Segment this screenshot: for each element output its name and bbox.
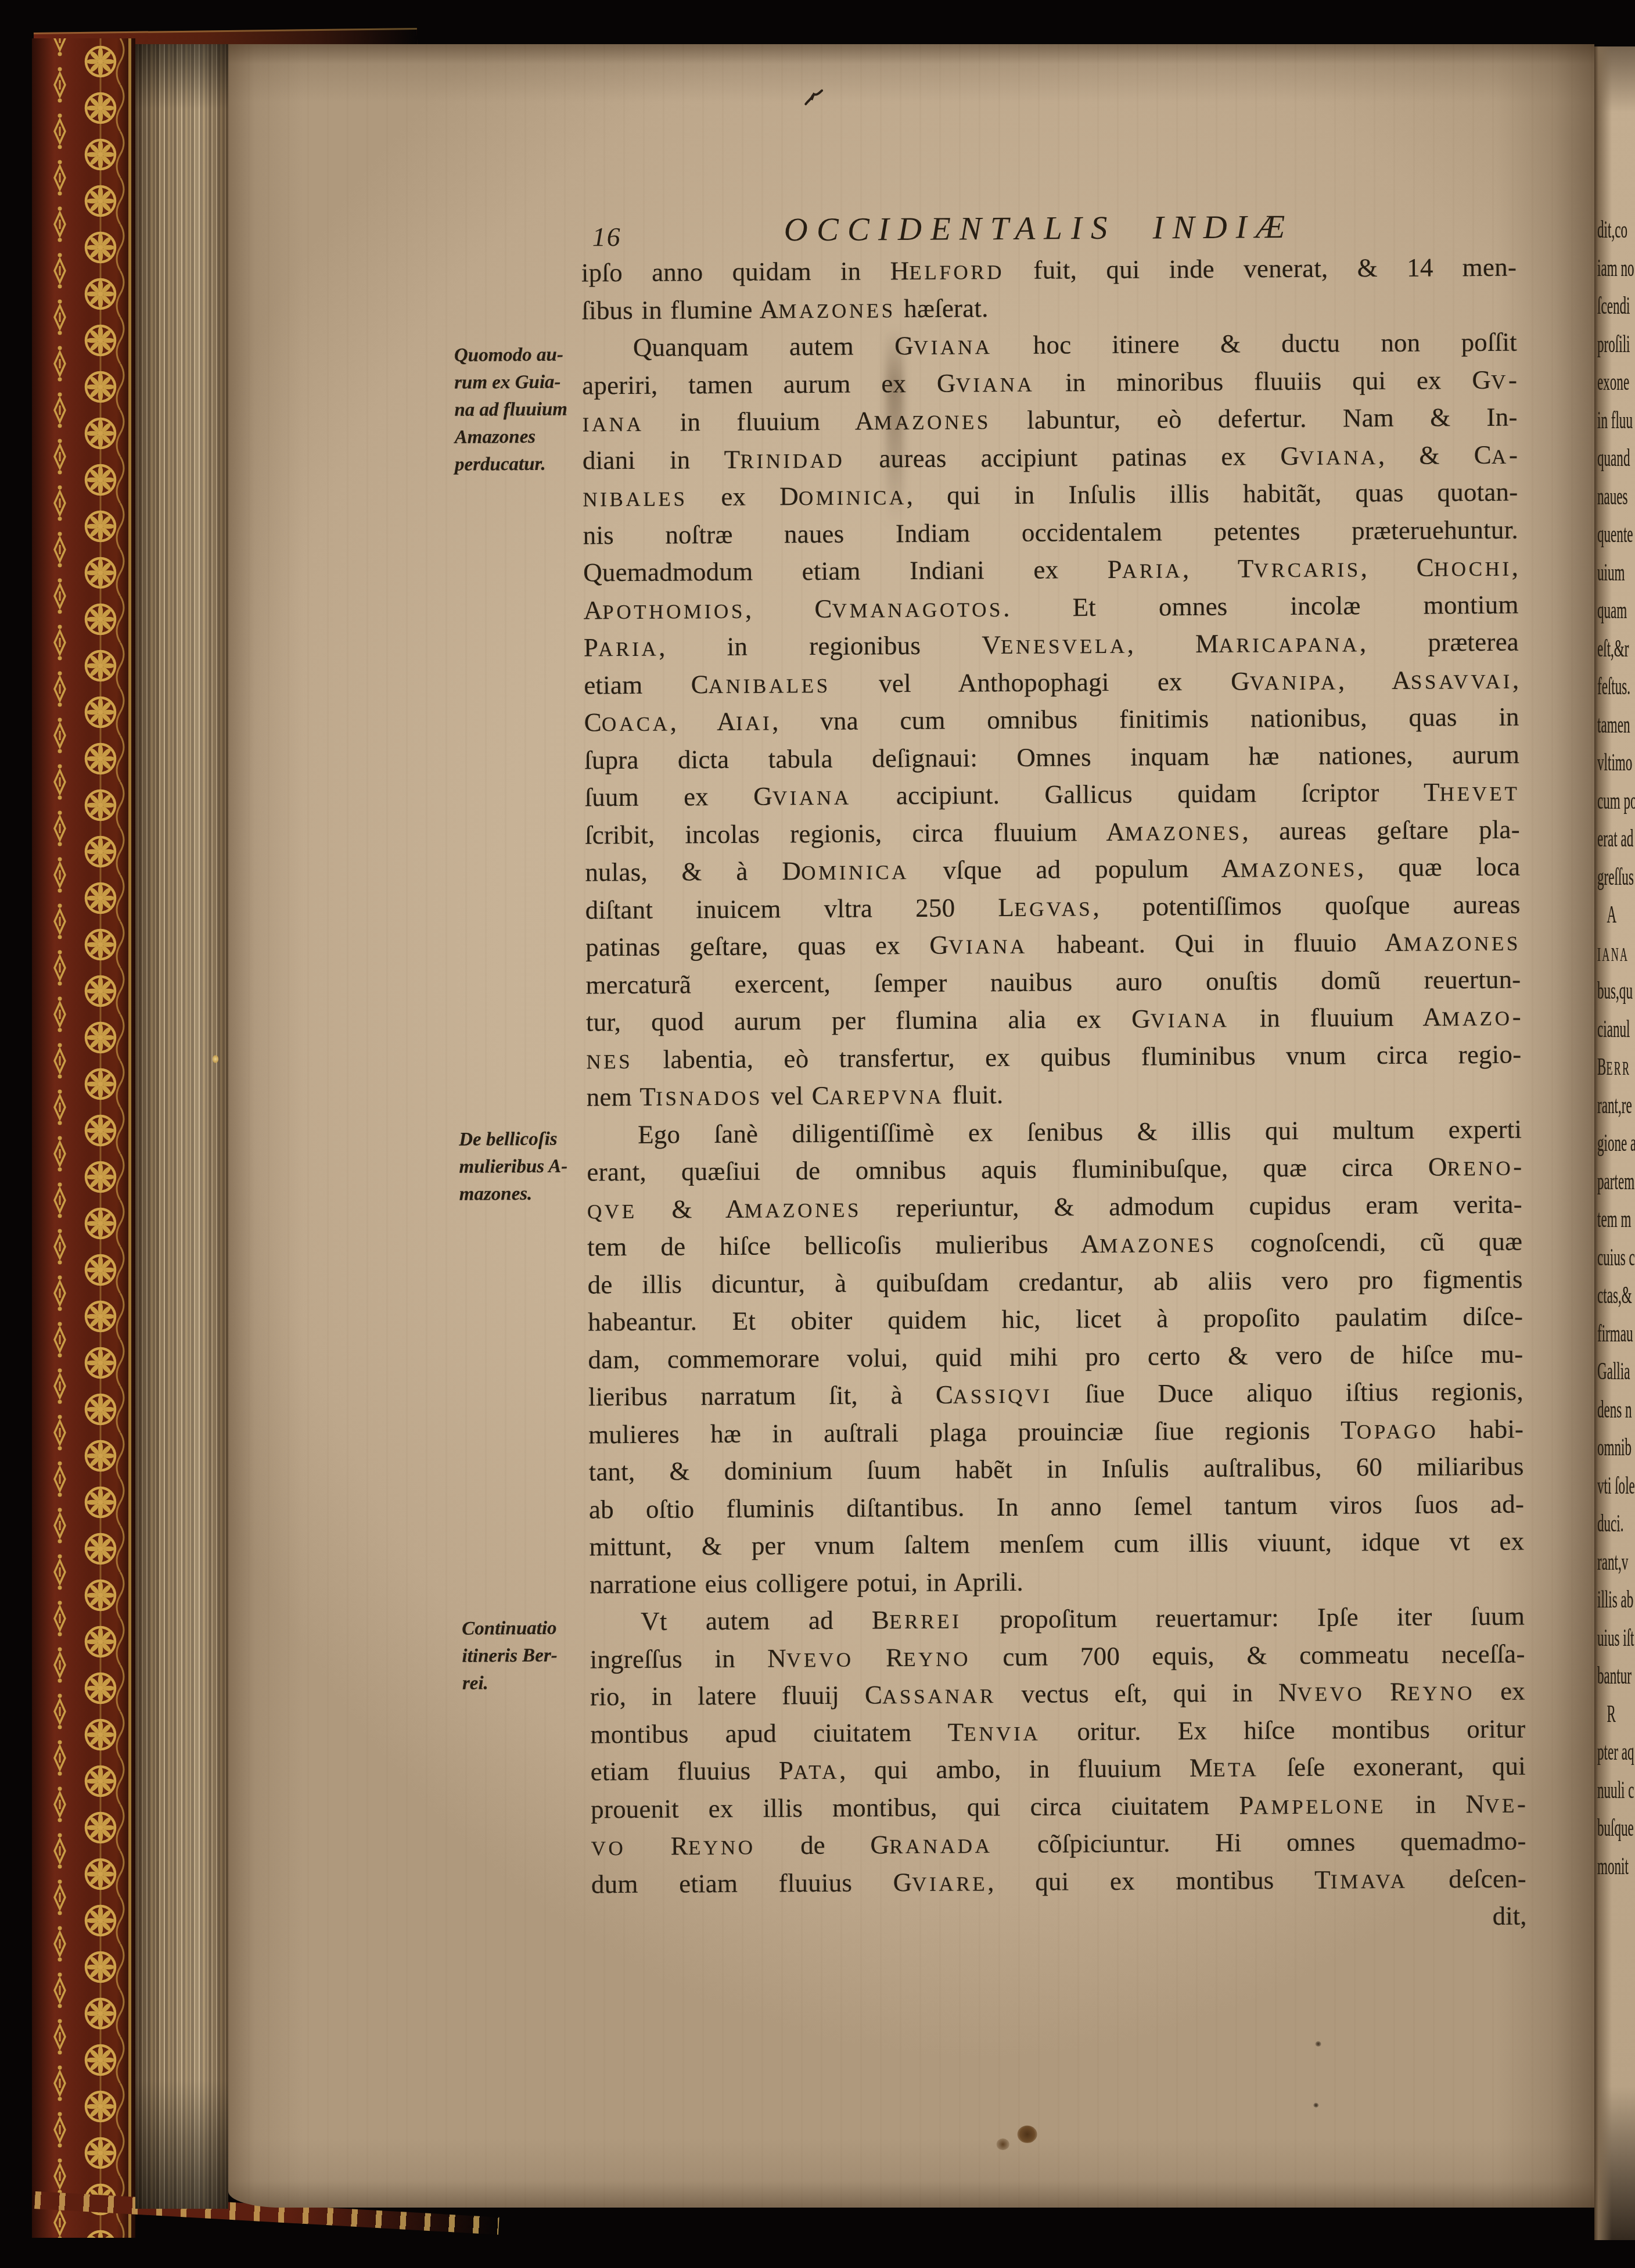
text-fragment: eſt,&r (1597, 630, 1635, 669)
body-line: nis noſtræ naues Indiam occidentalem pet… (583, 511, 1518, 554)
body-line: IANA in fluuium AMAZONES labuntur, eò de… (582, 399, 1517, 442)
text-fragment: vltimo (1597, 744, 1635, 783)
body-line: habeantur. Et obiter quidem hic, licet à… (588, 1298, 1523, 1341)
body-line: nem TISNADOS vel CAREPVNA fluit. (586, 1073, 1521, 1116)
text-fragment: exone (1597, 364, 1635, 402)
body-line: mittunt, & per vnum ſaltem menſem cum il… (589, 1523, 1524, 1566)
brown-stain-spot (997, 2138, 1009, 2150)
text-fragment: tem m (1597, 1201, 1635, 1239)
text-fragment: ctas,& (1597, 1277, 1635, 1315)
text-fragment: omnib (1597, 1429, 1635, 1467)
body-line: diſtant inuicem vltra 250 LEGVAS, potent… (585, 885, 1521, 928)
text-fragment: R (1597, 1696, 1635, 1734)
book-scan-scene: 16 OCCIDENTALIS INDIÆ ipſo anno quidam i… (0, 0, 1635, 2268)
text-fragment: tamen (1597, 706, 1635, 745)
text-fragment: uius iſt (1597, 1620, 1635, 1658)
text-fragment: vti ſole (1597, 1467, 1635, 1506)
text-fragment: buſque (1597, 1810, 1635, 1848)
margin-note-amazon-women: De bellicoſismulieribus A-mazones. (459, 1125, 594, 1208)
margin-note-line: Quomodo au- (454, 341, 589, 369)
book-page: 16 OCCIDENTALIS INDIÆ ipſo anno quidam i… (228, 44, 1594, 2208)
body-line: ab oſtio fluminis diſtantibus. In anno ſ… (589, 1485, 1524, 1528)
body-line: Ego ſanè diligentiſſimè ex ſenibus & ill… (587, 1110, 1522, 1153)
text-fragment: illis ab (1597, 1581, 1635, 1620)
text-fragment: partem (1597, 1163, 1635, 1201)
body-line: tur, quod aurum per flumina alia ex GVIA… (586, 998, 1521, 1041)
body-line: VO REYNO de GRANADA cõſpiciuntur. Hi omn… (591, 1822, 1526, 1865)
text-fragment: quam (1597, 592, 1635, 630)
text-fragment: cuius c (1597, 1239, 1635, 1277)
body-line: dam, commemorare volui, quid mihi pro ce… (588, 1335, 1523, 1378)
text-fragment: gione a (1597, 1125, 1635, 1163)
body-line: mercaturã exercent, ſemper nauibus auro … (585, 960, 1521, 1003)
margin-note-line: De bellicoſis (459, 1125, 594, 1153)
text-fragment: A (1597, 896, 1635, 935)
text-fragment: bus,qu (1597, 972, 1635, 1011)
text-fragment: monit (1597, 1848, 1635, 1886)
body-line: NES labentia, eò transfertur, ex quibus … (586, 1035, 1521, 1078)
text-fragment: pter aq (1597, 1734, 1635, 1772)
text-fragment: bantur (1597, 1657, 1635, 1696)
margin-note-gold-from-guiana: Quomodo au-rum ex Guia-na ad fluuiumAmaz… (454, 341, 590, 478)
text-fragment: in fluu (1597, 402, 1635, 440)
body-line: prouenit ex illis montibus, qui circa ci… (591, 1785, 1526, 1828)
text-fragment: Gallia (1597, 1353, 1635, 1391)
body-line: narratione eius colligere potui, in Apri… (590, 1560, 1525, 1603)
body-line: ſuum ex GVIANA accipiunt. Gallicus quida… (584, 773, 1519, 816)
text-fragment: uium (1597, 554, 1635, 593)
running-title: OCCIDENTALIS INDIÆ (670, 207, 1407, 250)
body-line: diani in TRINIDAD aureas accipiunt patin… (583, 436, 1518, 479)
margin-note-line: perducatur. (455, 450, 590, 478)
brown-stain-spot (1018, 2126, 1037, 2143)
text-fragment: dens n (1597, 1391, 1635, 1430)
text-fragment: quente (1597, 516, 1635, 554)
body-line: de illis dicuntur, à quibuſdam credantur… (587, 1260, 1522, 1303)
body-line: APOTHOMIOS, CVMANAGOTOS. Et omnes incolæ… (583, 586, 1518, 629)
page-number: 16 (592, 221, 621, 252)
catchword: dit, (591, 1897, 1526, 1940)
text-fragment: rant,v (1597, 1544, 1635, 1582)
gold-fleck (213, 1055, 218, 1063)
page-content: 16 OCCIDENTALIS INDIÆ ipſo anno quidam i… (222, 40, 1601, 2212)
margin-note-line: rei. (462, 1669, 597, 1697)
body-line: ipſo anno quidam in HELFORD fuit, qui in… (581, 249, 1517, 292)
text-fragment: erat ad (1597, 820, 1635, 859)
text-fragment: IANA (1597, 935, 1635, 973)
body-line: ſupra dicta tabula deſignaui: Omnes inqu… (584, 735, 1519, 778)
text-fragment: firmau (1597, 1315, 1635, 1354)
margin-note-line: mulieribus A- (459, 1153, 594, 1180)
text-fragment: naues (1597, 478, 1635, 516)
body-line: etiam fluuius PATA, qui ambo, in fluuium… (591, 1747, 1526, 1790)
ink-speck (1313, 2103, 1318, 2108)
body-line: montibus apud ciuitatem TENVIA oritur. E… (590, 1710, 1525, 1753)
margin-note-line: Amazones (455, 423, 590, 451)
margin-note-line: itineris Ber- (462, 1642, 596, 1670)
text-fragment: feſtus. (1597, 668, 1635, 706)
body-line: patinas geſtare, quas ex GVIANA habeant.… (585, 923, 1521, 966)
text-fragment: cianul (1597, 1011, 1635, 1049)
margin-note-line: mazones. (459, 1180, 594, 1208)
body-line: mulieres hæ in auſtrali plaga prouinciæ … (588, 1410, 1523, 1453)
text-fragment: ſcendi (1597, 288, 1635, 326)
body-text: ipſo anno quidam in HELFORD fuit, qui in… (581, 249, 1526, 1903)
body-line: etiam CANIBALES vel Anthopophagi ex GVAN… (584, 661, 1519, 704)
body-line: Vt autem ad BERREI propoſitum reuertamur… (590, 1598, 1525, 1641)
body-line: Quemadmodum etiam Indiani ex PARIA, TVRC… (583, 548, 1518, 591)
ink-speck (1316, 2041, 1321, 2047)
text-fragment: proſili (1597, 326, 1635, 364)
body-line: tem de hiſce bellicoſis mulieribus AMAZO… (587, 1223, 1522, 1266)
body-line: erant, quæſiui de omnibus aquis fluminib… (587, 1148, 1522, 1191)
body-line: NIBALES ex DOMINICA, qui in Inſulis illi… (583, 473, 1518, 516)
ink-mark (804, 89, 824, 106)
page-edge-stack (135, 44, 228, 2209)
body-line: QVE & AMAZONES reperiuntur, & admodum cu… (587, 1185, 1522, 1228)
margin-note-line: na ad fluuium (454, 396, 589, 424)
text-fragment: nuuli c (1597, 1772, 1635, 1810)
text-fragment: greſſus (1597, 859, 1635, 897)
text-fragment: BERR (1597, 1049, 1635, 1087)
text-fragment: dit,co (1597, 211, 1635, 250)
body-line: COACA, AIAI, vna cum omnibus finitimis n… (584, 698, 1519, 741)
body-line: PARIA, in regionibus VENESVELA, MARICAPA… (584, 623, 1519, 666)
body-line: dum etiam fluuius GVIARE, qui ex montibu… (591, 1860, 1526, 1903)
margin-note-berrei-journey: Continuatioitineris Ber-rei. (462, 1614, 597, 1697)
body-line: lieribus narratum ſit, à CASSIQVI ſiue D… (588, 1373, 1523, 1416)
body-line: nulas, & à DOMINICA vſque ad populum AMA… (585, 848, 1520, 891)
catchword-row: dit, (591, 1897, 1526, 1940)
margin-note-line: Continuatio (462, 1614, 596, 1642)
text-fragment: cum po (1597, 783, 1635, 821)
body-line: tant, & dominium ſuum habẽt in Inſulis a… (588, 1448, 1523, 1491)
body-line: ſcribit, incolas regionis, circa fluuium… (585, 810, 1520, 853)
next-page-edge: dit,coiam noſcendiproſiliexonein fluuqua… (1594, 46, 1635, 2240)
gilt-tooled-spine-edge (32, 38, 135, 2238)
body-line: Quanquam autem GVIANA hoc itinere & duct… (582, 324, 1517, 367)
margin-note-line: rum ex Guia- (454, 368, 589, 396)
body-line: rio, in latere fluuij CASSANAR vectus eſ… (590, 1673, 1525, 1716)
body-line: ingreſſus in NVEVO REYNO cum 700 equis, … (590, 1635, 1525, 1678)
next-page-text-fragments: dit,coiam noſcendiproſiliexonein fluuqua… (1597, 211, 1635, 1886)
body-line: ſibus in flumine AMAZONES hæſerat. (581, 286, 1517, 329)
body-line: aperiri, tamen aurum ex GVIANA in minori… (582, 361, 1517, 404)
text-fragment: quand (1597, 440, 1635, 478)
text-fragment: rant,re (1597, 1087, 1635, 1125)
text-fragment: duci. (1597, 1505, 1635, 1544)
text-fragment: iam no (1597, 250, 1635, 288)
